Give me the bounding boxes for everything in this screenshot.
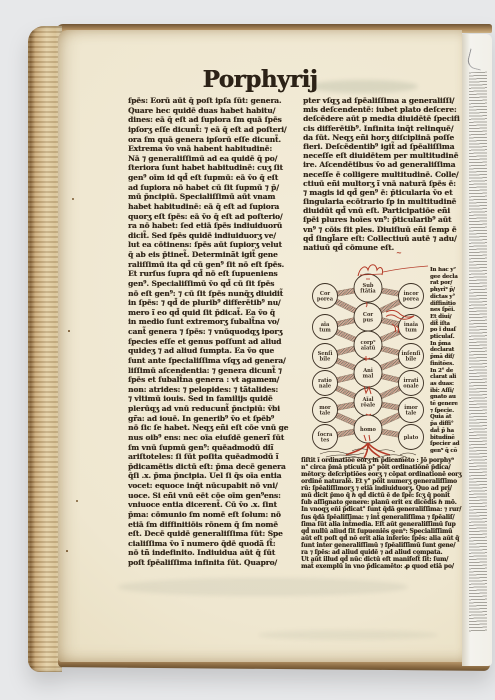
tree-branch: [337, 402, 355, 410]
porphyrian-tree-diagram: SubſtãtiaCorporeaincorporeaCorpusaĩatumi…: [300, 258, 432, 460]
tree-node-sub-ttia: Subſtãtia: [354, 274, 382, 302]
text-column-left: ſpēs: Eorū aūt q̄ poſt ipſa ſūt: genera.…: [128, 96, 306, 572]
tree-branch: [381, 429, 399, 437]
svg-text:imortale: imortale: [404, 405, 418, 417]
tree-branch: [337, 374, 355, 383]
tree-node-plato: plato: [399, 425, 424, 450]
tree-node-corp-aat: corp⁹aĩatū: [354, 331, 382, 359]
foxing-spot: [72, 198, 74, 200]
handwritten-corner-mark: [466, 48, 485, 70]
svg-text:Corpus: Corpus: [363, 312, 373, 324]
tree-branch: [336, 358, 356, 370]
svg-text:incorporea: incorporea: [403, 291, 420, 303]
tree-branch: [380, 413, 401, 426]
incunable-book: Porphyrij ſpēs: Eorū aūt q̄ poſt ipſa ſū…: [28, 24, 492, 674]
tree-branch: [381, 346, 400, 355]
show-through-smudge: [258, 630, 438, 640]
book-spine-page-edges: [28, 26, 62, 672]
tree-node-cor-pus: Corpus: [354, 303, 382, 331]
book-page: Porphyrij ſpēs: Eorū aūt q̄ poſt ipſa ſū…: [58, 30, 462, 662]
svg-text:corp⁹aĩatū: corp⁹aĩatū: [361, 340, 377, 352]
svg-text:inaĩatum: inaĩatum: [404, 321, 419, 334]
tree-branch: [381, 288, 399, 296]
tree-node-ani-mal: Animal: [354, 359, 382, 387]
tree-node-ineni-bile: inſenſibile: [399, 344, 424, 369]
photo-stage: Porphyrij ſpēs: Eorū aūt q̄ poſt ipſa ſū…: [0, 0, 495, 700]
tree-node-incor-porea: incorporea: [399, 284, 424, 309]
svg-text:Animal: Animal: [362, 368, 373, 380]
compressed-text-edge: [469, 72, 487, 633]
tree-node-cor-porea: Corporea: [313, 284, 338, 309]
svg-text:mortale: mortale: [319, 405, 331, 417]
tree-node-seni-bile: Senſibile: [313, 344, 338, 369]
commentary-paragraph: ſiſtit ĩ ordinatiōe eorʒ in p̄dicamēto :…: [301, 457, 473, 575]
tree-nodes: SubſtãtiaCorporeaincorporeaCorpusaĩatumi…: [313, 274, 424, 450]
tree-branch: [335, 299, 356, 313]
svg-text:rationale: rationale: [318, 378, 332, 390]
tree-branch: [335, 413, 356, 426]
tree-branch: [381, 318, 399, 327]
tree-node-imor-tale: imortale: [399, 398, 424, 423]
red-ink-flourish: ~: [396, 248, 402, 257]
porphyrian-tree-svg: SubſtãtiaCorporeaincorporeaCorpusaĩatumi…: [300, 258, 432, 460]
tree-node-mor-tale: mortale: [313, 398, 338, 423]
foxing-spot: [76, 500, 78, 502]
tree-branch: [380, 329, 401, 342]
svg-text:irrationale: irrationale: [403, 378, 419, 390]
tree-branch: [381, 402, 399, 410]
page-title: Porphyrij: [58, 66, 462, 93]
tree-branch: [336, 346, 355, 355]
show-through-smudge: [118, 578, 408, 596]
tree-node-ratio-nale: rationale: [313, 371, 338, 396]
svg-text:plato: plato: [404, 435, 419, 441]
tree-branch: [337, 318, 355, 327]
tree-branch: [337, 429, 355, 437]
tree-node-irrati-onale: irrationale: [399, 371, 424, 396]
tree-branch: [381, 374, 399, 383]
tree-node-aal-rale: Aĩalrōale: [354, 388, 382, 416]
svg-text:Senſibile: Senſibile: [318, 351, 333, 363]
tree-branch: [336, 329, 357, 342]
tree-branch: [379, 299, 400, 313]
tree-branch: [380, 358, 400, 370]
tree-branch: [337, 288, 355, 296]
tree-branch: [380, 386, 401, 399]
foxing-spot: [68, 330, 70, 332]
svg-text:homo: homo: [360, 427, 376, 433]
tree-node-ocra-tes: ſocrates: [313, 425, 338, 450]
text-column-right-top: pter vſqʒ ad ſpēaliſſima a generaliſſi/ …: [303, 96, 475, 256]
tree-node-aa-tum: aĩatum: [313, 315, 338, 340]
tree-branch: [335, 386, 356, 399]
foxing-spot: [66, 550, 68, 552]
tree-node-homo: homo: [354, 415, 382, 443]
facing-page-fore-edge: [462, 34, 492, 666]
